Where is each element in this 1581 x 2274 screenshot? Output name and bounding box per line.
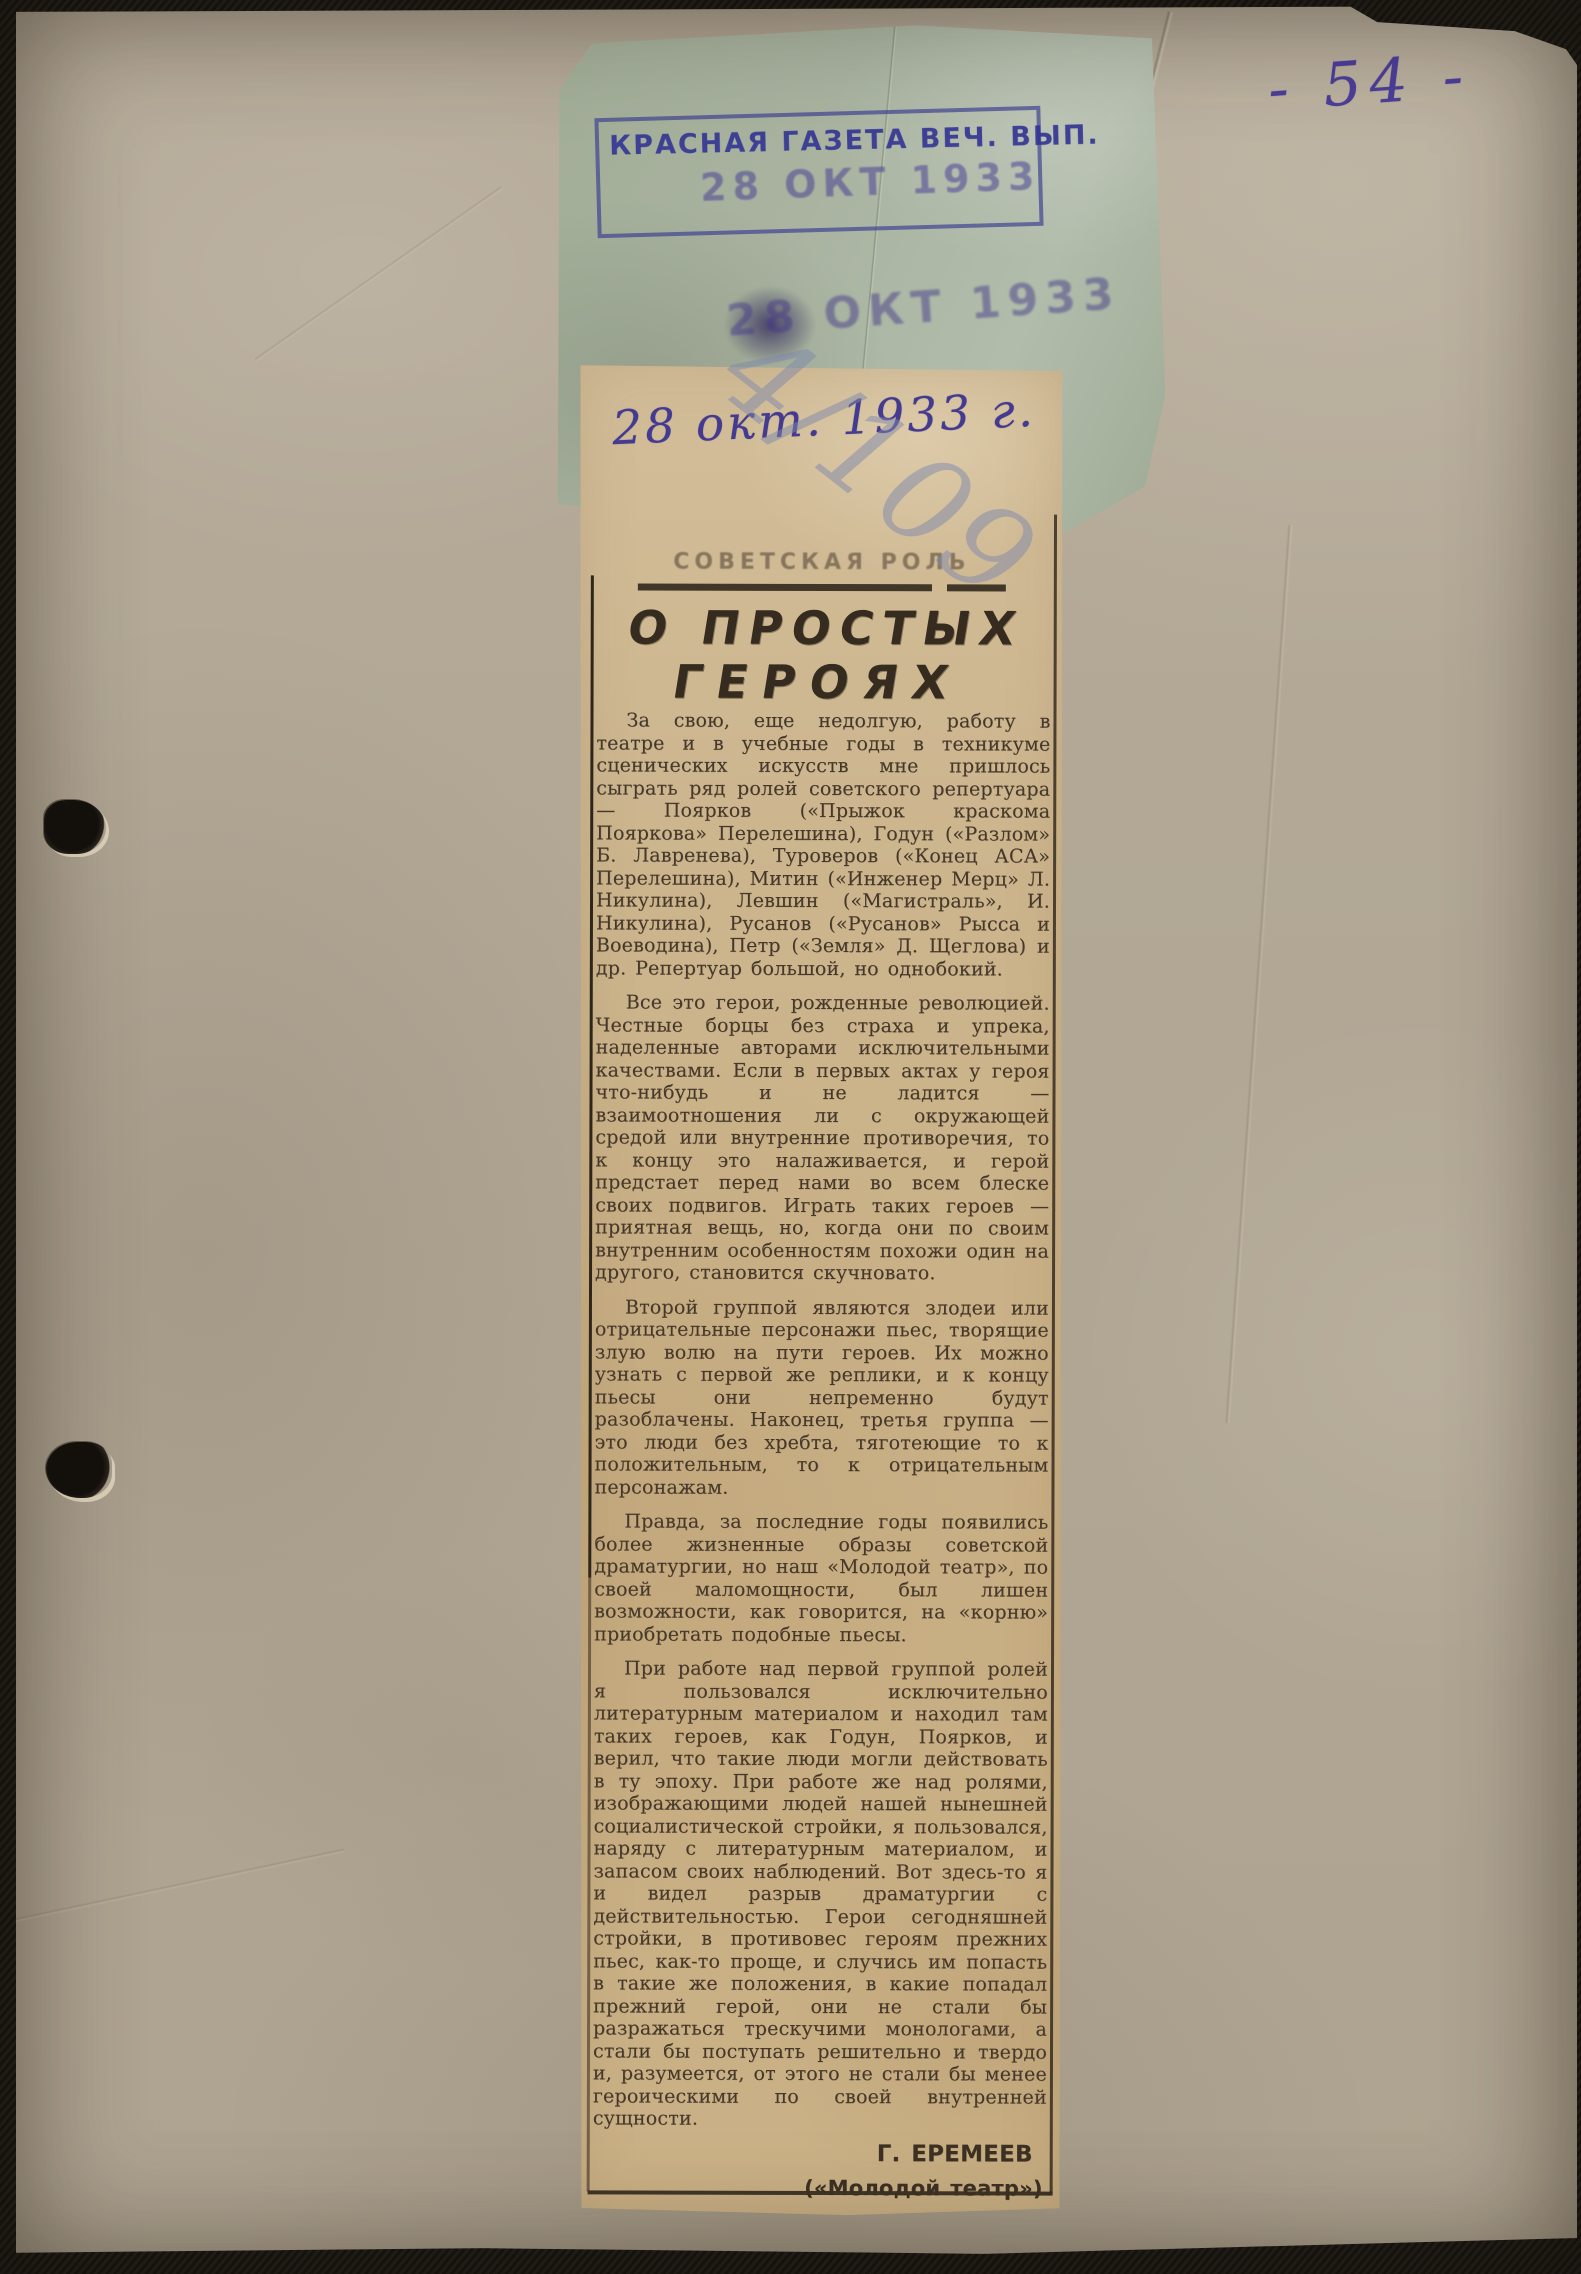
article-paragraph: Все это герои, рожденные революцией. Чес… — [595, 991, 1050, 1285]
article-headline: О ПРОСТЫХ ГЕРОЯХ — [571, 601, 1072, 710]
author-theatre: («Молодой театр») — [593, 2176, 1047, 2200]
column-rule-right — [1050, 515, 1057, 2193]
paper-crease — [1225, 525, 1294, 1423]
paper-crease — [0, 1848, 344, 1940]
scanned-album-page: - 54 - КРАСНАЯ ГАЗЕТА ВЕЧ. ВЫП. 28 ОКТ 1… — [0, 0, 1581, 2274]
paper-crease — [254, 186, 503, 362]
article-body: За свою, еще недолгую, работу в театре и… — [593, 709, 1051, 2212]
article-paragraph: Правда, за последние годы появились боле… — [594, 1510, 1048, 1646]
punch-hole-bottom — [46, 1442, 112, 1498]
headline-line-2: ГЕРОЯХ — [571, 653, 1064, 710]
newspaper-clipping: СОВЕТСКАЯ РОЛЬ О ПРОСТЫХ ГЕРОЯХ За свою,… — [576, 363, 1065, 2216]
article-paragraph: При работе над первой группой ролей я по… — [593, 1657, 1048, 2131]
handwritten-page-number: - 54 - — [1266, 41, 1473, 125]
article-paragraph: За свою, еще недолгую, работу в театре и… — [596, 709, 1051, 980]
author-signature: Г. ЕРЕМЕЕВ — [593, 2142, 1047, 2166]
headline-line-1: О ПРОСТЫХ — [580, 601, 1072, 654]
punch-hole-top — [44, 800, 106, 854]
article-paragraph: Второй группой являются злодеи или отриц… — [594, 1296, 1049, 1500]
